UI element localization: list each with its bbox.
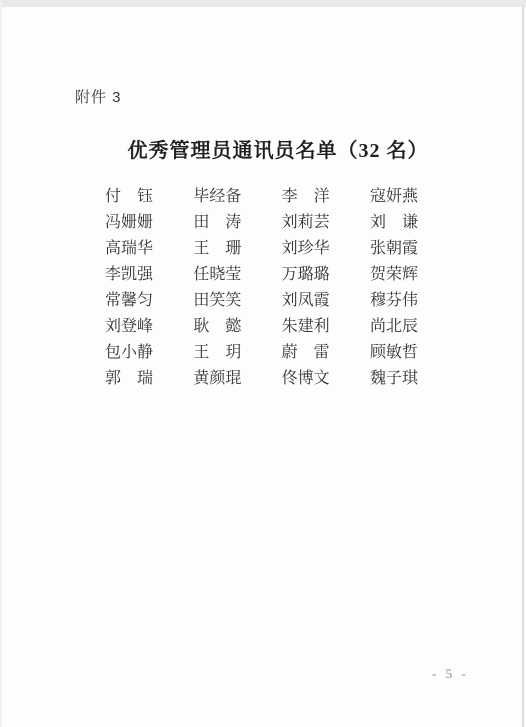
- name-cell: 穆芬伟: [370, 288, 418, 314]
- name-cell: 顾敏哲: [370, 340, 418, 366]
- name-row: 高瑞华 王 珊 刘珍华 张朝霞: [105, 236, 418, 262]
- scan-left-edge: [0, 0, 2, 727]
- name-cell: 刘莉芸: [282, 210, 330, 236]
- name-cell: 毕经备: [193, 184, 241, 210]
- name-cell: 李 洋: [282, 184, 330, 210]
- name-row: 包小静 王 玥 蔚 雷 顾敏哲: [105, 340, 418, 366]
- name-cell: 黄颜琨: [193, 366, 241, 392]
- name-cell: 刘珍华: [282, 236, 330, 262]
- name-cell: 田笑笑: [193, 288, 241, 314]
- name-cell: 耿 懿: [193, 314, 241, 340]
- document-page: 附件 3 优秀管理员通讯员名单（32 名） 付 钰 毕经备 李 洋 寇妍燕 冯姗…: [0, 0, 526, 727]
- name-cell: 冯姗姗: [105, 210, 153, 236]
- name-cell: 张朝霞: [370, 236, 418, 262]
- name-cell: 贺荣辉: [370, 262, 418, 288]
- name-row: 郭 瑞 黄颜琨 佟博文 魏子琪: [105, 366, 418, 392]
- name-cell: 包小静: [105, 340, 153, 366]
- name-cell: 刘凤霞: [282, 288, 330, 314]
- name-cell: 田 涛: [193, 210, 241, 236]
- scan-top-edge: [0, 0, 526, 7]
- name-cell: 王 珊: [193, 236, 241, 262]
- scan-right-edge: [522, 7, 524, 727]
- name-cell: 刘 谦: [370, 210, 418, 236]
- name-cell: 刘登峰: [105, 314, 153, 340]
- page-title: 优秀管理员通讯员名单（32 名）: [70, 134, 486, 163]
- name-cell: 魏子琪: [370, 366, 418, 392]
- name-cell: 佟博文: [282, 366, 330, 392]
- name-row: 李凯强 任晓莹 万璐璐 贺荣辉: [105, 262, 418, 288]
- name-cell: 万璐璐: [282, 262, 330, 288]
- name-cell: 王 玥: [193, 340, 241, 366]
- name-cell: 常馨匀: [105, 288, 153, 314]
- name-row: 冯姗姗 田 涛 刘莉芸 刘 谦: [105, 210, 418, 236]
- name-cell: 付 钰: [105, 184, 153, 210]
- name-cell: 尚北辰: [370, 314, 418, 340]
- name-cell: 李凯强: [105, 262, 153, 288]
- name-cell: 寇妍燕: [370, 184, 418, 210]
- name-list: 付 钰 毕经备 李 洋 寇妍燕 冯姗姗 田 涛 刘莉芸 刘 谦 高瑞华 王 珊 …: [105, 184, 418, 392]
- name-cell: 任晓莹: [193, 262, 241, 288]
- name-row: 付 钰 毕经备 李 洋 寇妍燕: [105, 184, 418, 210]
- page-number: - 5 -: [432, 666, 469, 682]
- name-row: 刘登峰 耿 懿 朱建利 尚北辰: [105, 314, 418, 340]
- name-cell: 蔚 雷: [282, 340, 330, 366]
- name-cell: 郭 瑞: [105, 366, 153, 392]
- name-row: 常馨匀 田笑笑 刘凤霞 穆芬伟: [105, 288, 418, 314]
- name-cell: 朱建利: [282, 314, 330, 340]
- attachment-label: 附件 3: [75, 86, 122, 107]
- name-cell: 高瑞华: [105, 236, 153, 262]
